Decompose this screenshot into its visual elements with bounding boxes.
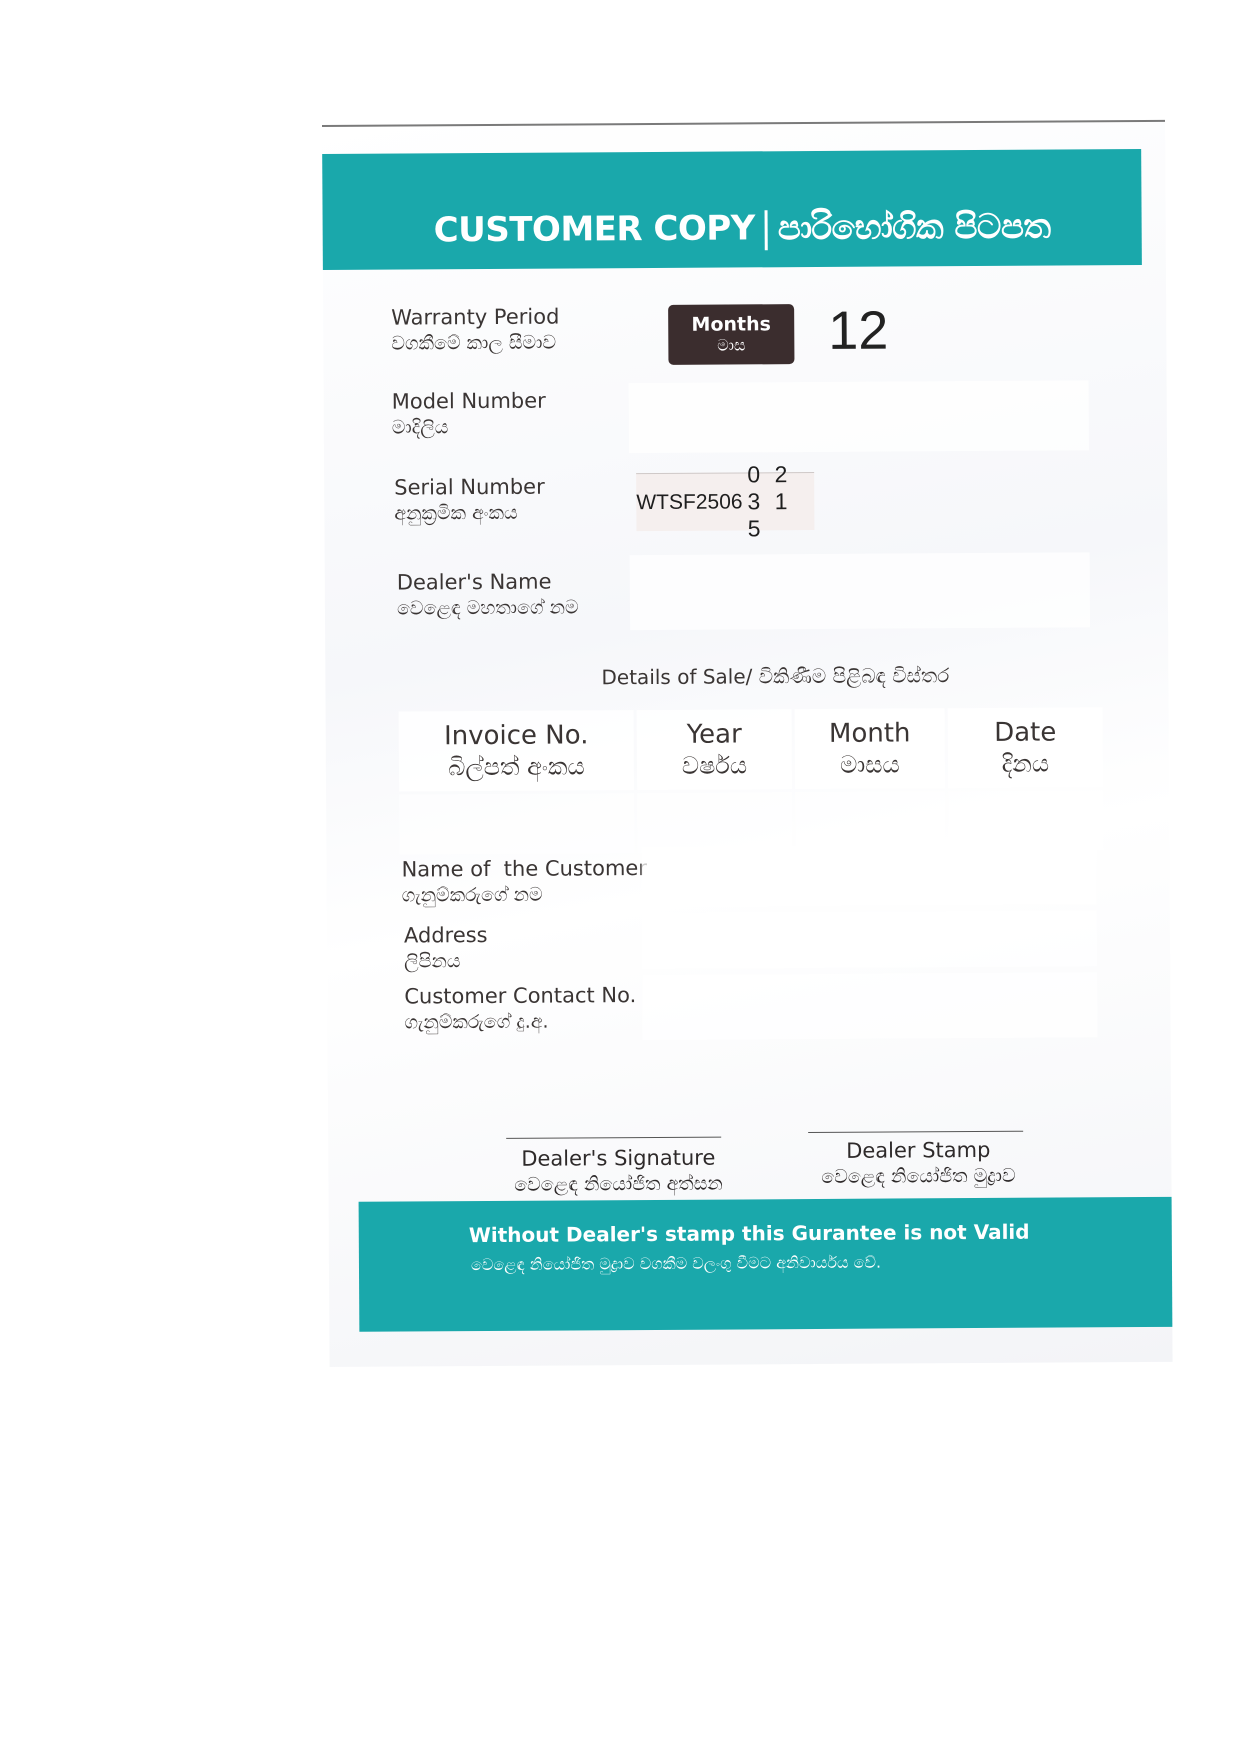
- address-field[interactable]: [642, 910, 1097, 969]
- month-header-en: Month: [829, 717, 911, 749]
- address-label-si: ලිපිනය: [404, 948, 488, 975]
- contact-no-label-si: ගැනුම්කරුගේ දු.අ.: [404, 1008, 636, 1035]
- month-header: Month මාසය: [795, 708, 945, 789]
- customer-name-label-en: Name of the Customer: [401, 855, 647, 882]
- date-field[interactable]: [948, 790, 1103, 851]
- year-header-en: Year: [687, 718, 742, 750]
- model-number-field[interactable]: [629, 380, 1089, 453]
- months-badge: Months මාස: [668, 304, 794, 365]
- customer-name-label: Name of the Customer ගැනුම්කරුගේ නම: [401, 855, 647, 908]
- footer-notice-band: Without Dealer's stamp this Gurantee is …: [359, 1197, 1173, 1332]
- customer-name-field[interactable]: [641, 844, 1096, 907]
- date-header-en: Date: [994, 717, 1056, 749]
- title-sinhala: පාරිභෝගික පිටපත: [778, 207, 1051, 249]
- footer-notice-si: වෙළෙඳ නියෝජිත මුද්‍රාව වගකීම වලංගු වීමට …: [471, 1253, 881, 1276]
- serial-number-label-en: Serial Number: [394, 474, 545, 501]
- footer-notice-en: Without Dealer's stamp this Gurantee is …: [469, 1220, 1030, 1247]
- dealer-name-label-si: වෙළෙඳ මහතාගේ නම: [397, 594, 579, 621]
- invoice-no-header-si: බිල්පත් අංකය: [448, 751, 585, 782]
- model-number-label-si: මාදිලිය: [392, 414, 546, 441]
- dealer-signature-label: Dealer's Signature වෙළෙඳ නියෝජිත අත්සන: [488, 1144, 748, 1198]
- title-english: CUSTOMER COPY: [434, 209, 755, 251]
- model-number-label: Model Number මාදිලිය: [392, 388, 546, 441]
- contact-no-label: Customer Contact No. ගැනුම්කරුගේ දු.අ.: [404, 982, 636, 1035]
- month-header-si: මාසය: [840, 749, 900, 779]
- month-field[interactable]: [795, 791, 945, 852]
- header-band: CUSTOMER COPYපාරිභෝගික පිටපත: [322, 149, 1142, 270]
- dealer-stamp-label-en: Dealer Stamp: [783, 1137, 1053, 1165]
- serial-suffix: 0 2 3 1 5: [747, 461, 814, 542]
- warranty-period-value: 12: [828, 300, 888, 362]
- model-number-label-en: Model Number: [392, 388, 546, 415]
- dealer-signature-label-en: Dealer's Signature: [488, 1144, 748, 1172]
- year-field[interactable]: [637, 792, 792, 853]
- serial-number-sticker: WTSF25060 2 3 1 5: [636, 472, 814, 531]
- serial-number-label: Serial Number අනුක්‍රමික අංකය: [394, 474, 545, 527]
- page-title: CUSTOMER COPYපාරිභෝගික පිටපත: [434, 207, 1051, 252]
- invoice-no-header-en: Invoice No.: [444, 719, 589, 752]
- customer-name-label-si: ගැනුම්කරුගේ නම: [402, 881, 648, 908]
- contact-no-label-en: Customer Contact No.: [404, 982, 636, 1009]
- dealer-stamp-label: Dealer Stamp වෙළෙඳ නියෝජිත මුද්‍රාව: [783, 1137, 1053, 1191]
- year-header-si: වර්ෂය: [682, 750, 747, 780]
- dealer-name-label: Dealer's Name වෙළෙඳ මහතාගේ නම: [397, 568, 579, 621]
- warranty-card: CUSTOMER COPYපාරිභෝගික පිටපත Warranty Pe…: [322, 120, 1173, 1367]
- year-header: Year වර්ෂය: [637, 709, 792, 790]
- warranty-period-label: Warranty Period වගකීමේ කාල සීමාව: [391, 304, 560, 357]
- title-divider: [765, 210, 768, 250]
- dealer-stamp-label-si: වෙළෙඳ නියෝජිත මුද්‍රාව: [783, 1163, 1053, 1191]
- address-label-en: Address: [404, 922, 488, 949]
- serial-prefix: WTSF2506: [636, 490, 742, 515]
- dealer-signature-line: [506, 1137, 721, 1139]
- date-header-si: දිනය: [1002, 749, 1050, 779]
- dealer-name-label-en: Dealer's Name: [397, 568, 579, 595]
- invoice-no-header: Invoice No. බිල්පත් අංකය: [399, 710, 634, 791]
- contact-no-field[interactable]: [642, 972, 1097, 1040]
- dealer-signature-label-si: වෙළෙඳ නියෝජිත අත්සන: [488, 1170, 748, 1198]
- sale-details-table: Invoice No. බිල්පත් අංකය Year වර්ෂය Mont…: [399, 707, 1095, 854]
- details-of-sale-heading: Details of Sale/ විකිණීම පිළිබඳ විස්තර: [325, 661, 1225, 690]
- address-label: Address ලිපිනය: [404, 922, 488, 975]
- dealer-name-field[interactable]: [630, 552, 1090, 630]
- dealer-stamp-line: [808, 1131, 1023, 1133]
- warranty-period-label-en: Warranty Period: [391, 304, 559, 331]
- invoice-no-field[interactable]: [399, 793, 634, 854]
- months-badge-en: Months: [691, 313, 771, 335]
- serial-number-label-si: අනුක්‍රමික අංකය: [394, 500, 545, 527]
- months-badge-si: මාස: [717, 335, 745, 355]
- date-header: Date දිනය: [948, 707, 1103, 788]
- warranty-period-label-si: වගකීමේ කාල සීමාව: [391, 330, 559, 357]
